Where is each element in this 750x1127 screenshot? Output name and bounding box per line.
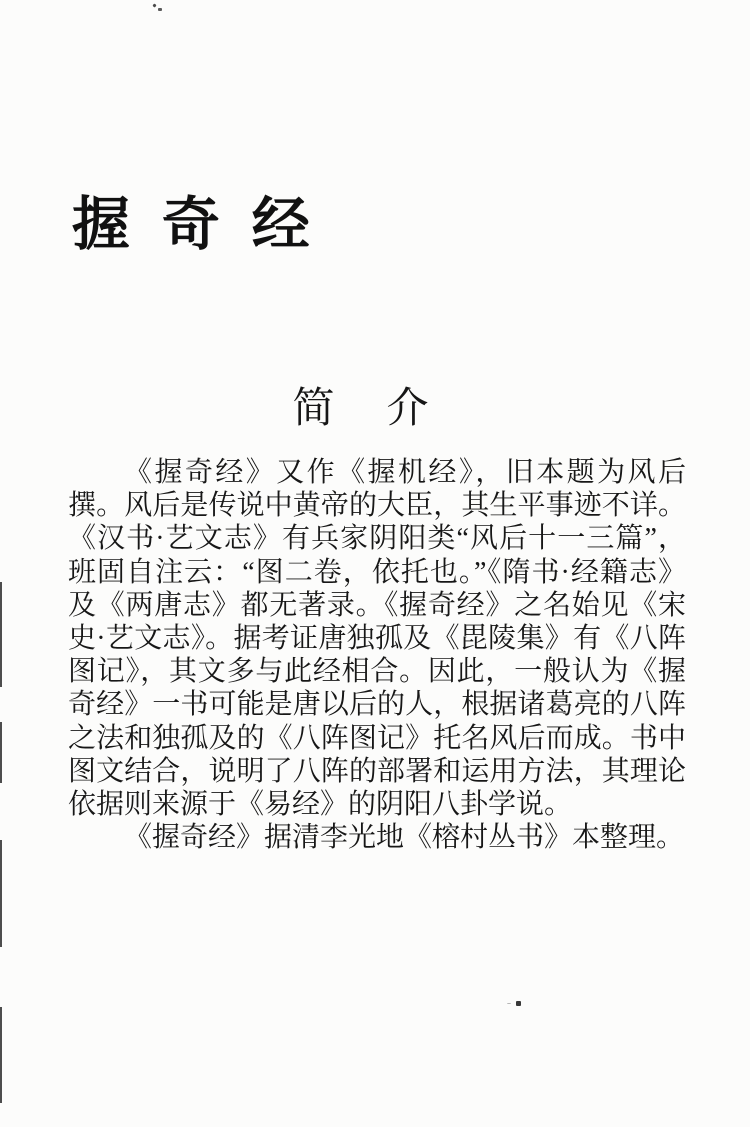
- scan-speck: [158, 8, 162, 11]
- scan-edge-line: [0, 840, 2, 947]
- introduction-text: 《握奇经》又作《握机经》，旧本题为风后撰。风后是传说中黄帝的大臣，其生平事迹不详…: [68, 456, 686, 854]
- scan-edge-line: [0, 582, 2, 687]
- book-title: 握奇经: [72, 190, 342, 260]
- section-heading: 简 介: [0, 386, 738, 432]
- scan-speck: [507, 1003, 511, 1004]
- scan-edge-line: [0, 1007, 2, 1103]
- scan-edge-line: [0, 722, 2, 783]
- intro-paragraph-1: 《握奇经》又作《握机经》，旧本题为风后撰。风后是传说中黄帝的大臣，其生平事迹不详…: [68, 456, 686, 821]
- scanned-book-page: 握奇经 简 介 《握奇经》又作《握机经》，旧本题为风后撰。风后是传说中黄帝的大臣…: [0, 0, 750, 1127]
- intro-paragraph-2: 《握奇经》据清李光地《榕村丛书》本整理。: [68, 821, 686, 854]
- scan-speck: [152, 3, 156, 7]
- scan-speck: [516, 1001, 521, 1006]
